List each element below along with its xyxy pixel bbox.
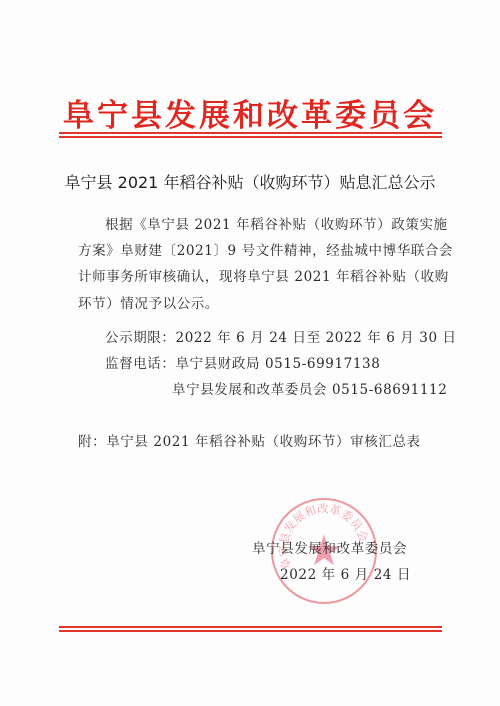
body-line-1: 根据《阜宁县 2021 年稻谷补贴（收购环节）政策实施 (105, 213, 448, 233)
org-letterhead-title: 阜宁县发展和改革委员会 (0, 90, 500, 135)
document-title: 阜宁县 2021 年稻谷补贴（收购环节）贴息汇总公示 (0, 170, 500, 193)
attachment-note: 附：阜宁县 2021 年稻谷补贴（收购环节）审核汇总表 (78, 430, 421, 450)
footer-rule-bottom (59, 630, 442, 632)
letterhead-rule-top (59, 132, 442, 134)
footer-rule-top (59, 626, 442, 628)
body-line-2: 方案》阜财建〔2021〕9 号文件精神，经盐城中博华联合会 (78, 239, 453, 259)
letterhead-rule-bottom (59, 136, 442, 138)
notice-period: 公示期限：2022 年 6 月 24 日至 2022 年 6 月 30 日 (105, 326, 457, 346)
body-line-3: 计师事务所审核确认，现将阜宁县 2021 年稻谷补贴（收购 (78, 265, 449, 285)
supervision-phone-finance: 监督电话：阜宁县财政局 0515-69917138 (105, 352, 380, 372)
signature-org: 阜宁县发展和改革委员会 (252, 537, 407, 557)
signature-date: 2022 年 6 月 24 日 (280, 563, 411, 583)
body-line-4: 环节）情况予以公示。 (78, 292, 219, 312)
supervision-phone-ndrc: 阜宁县发展和改革委员会 0515-68691112 (172, 378, 447, 398)
